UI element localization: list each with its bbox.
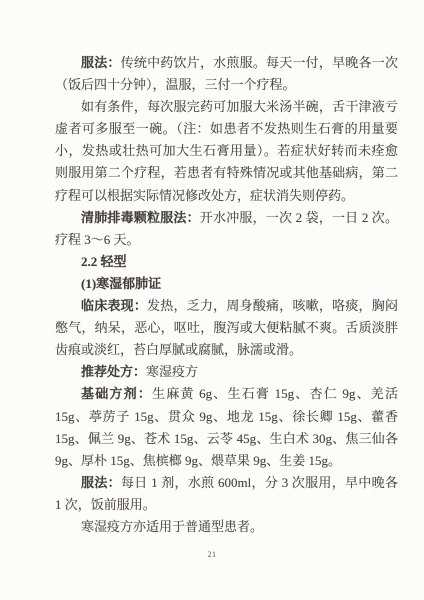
para-base-formula: 基础方剂：生麻黄 6g、生石膏 15g、杏仁 9g、羌活 15g、葶苈子 15g…	[55, 383, 398, 471]
para-qingfei-granule-method: 清肺排毒颗粒服法：开水冲服，一次 2 袋，一日 2 次。疗程 3～6 天。	[55, 207, 398, 251]
document-body: 服法：传统中药饮片，水煎服。每天一付，早晚各一次（饭后四十分钟），温服，三付一个…	[55, 52, 398, 538]
para-serving-method-2: 服法：每日 1 剂，水煎 600ml，分 3 次服用，早中晚各 1 次，饭前服用…	[55, 472, 398, 516]
page-number: 21	[0, 549, 424, 561]
heading-label: 2.2 轻型	[81, 254, 127, 269]
para-label: 服法：	[81, 55, 121, 70]
para-clinical-manifestations: 临床表现：发热，乏力，周身酸痛，咳嗽，咯痰，胸闷憋气，纳呆，恶心，呕吐，腹泻或大…	[55, 295, 398, 361]
para-label: 基础方剂：	[81, 386, 152, 401]
para-text: 寒湿疫方亦适用于普通型患者。	[81, 519, 263, 534]
para-text: 寒湿疫方	[146, 364, 198, 379]
document-page: 服法：传统中药饮片，水煎服。每天一付，早晚各一次（饭后四十分钟），温服，三付一个…	[0, 0, 424, 600]
heading-light-type: 2.2 轻型	[55, 251, 398, 273]
heading-hanshi-yufei-syndrome: (1)寒湿郁肺证	[55, 273, 398, 295]
para-label: 服法：	[81, 475, 121, 490]
para-common-type-note: 寒湿疫方亦适用于普通型患者。	[55, 516, 398, 538]
heading-label: (1)寒湿郁肺证	[81, 276, 161, 291]
para-label: 清肺排毒颗粒服法：	[81, 210, 200, 225]
para-recommended-prescription: 推荐处方：寒湿疫方	[55, 361, 398, 383]
para-label: 推荐处方：	[81, 364, 146, 379]
para-label: 临床表现：	[81, 298, 147, 313]
para-conditions-note: 如有条件，每次服完药可加服大米汤半碗，舌干津液亏虚者可多服至一碗。（注：如患者不…	[55, 96, 398, 206]
para-serving-method: 服法：传统中药饮片，水煎服。每天一付，早晚各一次（饭后四十分钟），温服，三付一个…	[55, 52, 398, 96]
para-text: 如有条件，每次服完药可加服大米汤半碗，舌干津液亏虚者可多服至一碗。（注：如患者不…	[55, 99, 398, 202]
